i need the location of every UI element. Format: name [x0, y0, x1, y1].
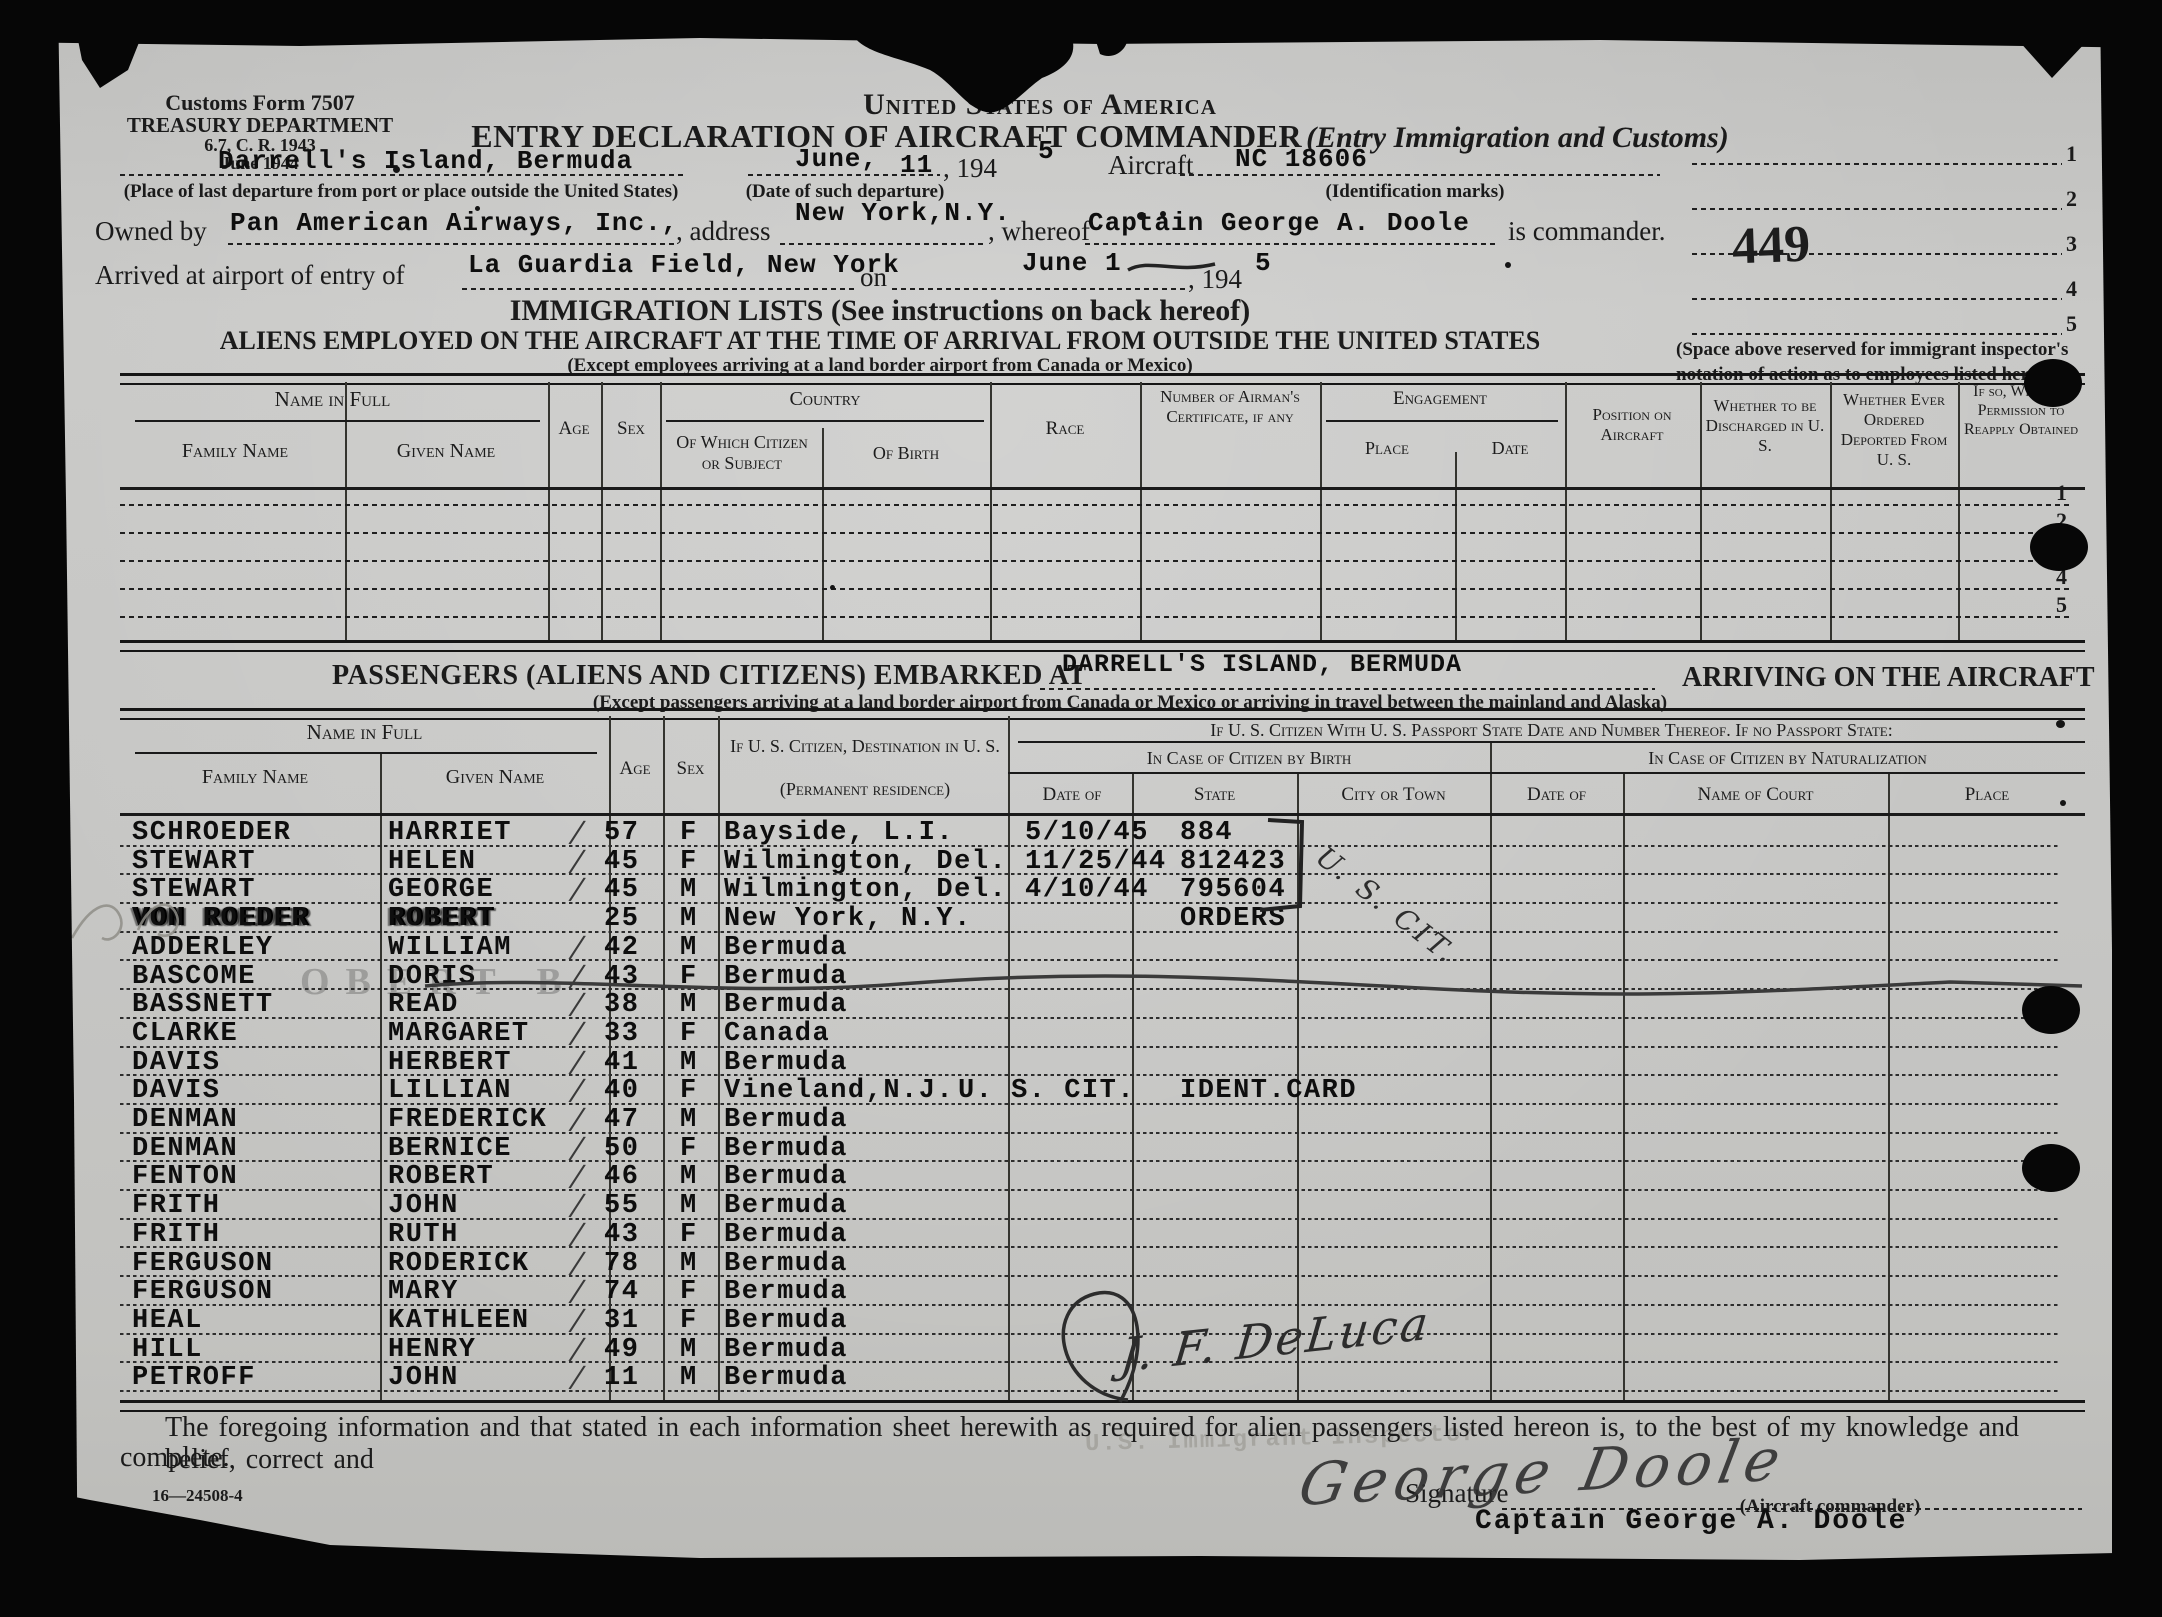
- destination-value: Bermuda: [724, 1250, 848, 1278]
- departure-year-digit: 5: [1038, 136, 1055, 166]
- identification-caption: (Identification marks): [1300, 181, 1530, 203]
- sex-value: F: [680, 1221, 698, 1249]
- age-value: 57: [604, 819, 639, 847]
- family-name-value: DAVIS: [132, 1049, 221, 1077]
- family-name-value: PETROFF: [132, 1364, 256, 1392]
- blank-line: [780, 243, 985, 245]
- ink-speck: [2060, 800, 2066, 806]
- sex-value: F: [680, 1077, 698, 1105]
- age-value: 47: [604, 1106, 639, 1134]
- header-bottom-rule: [120, 487, 2085, 490]
- family-name-value: ADDERLEY: [132, 934, 274, 962]
- col-date-of-birth: Date of: [1012, 784, 1132, 806]
- passenger-row: FERGUSONRODERICK/78MBermuda: [120, 1249, 2070, 1278]
- column-line: [1320, 382, 1322, 641]
- arrived-label: Arrived at airport of entry of: [95, 260, 405, 291]
- family-name-value: FERGUSON: [132, 1250, 274, 1278]
- given-name-value: ROBERT: [388, 905, 494, 933]
- margin-line: [1692, 333, 2062, 335]
- passenger-row: HILLHENRY/49MBermuda: [120, 1335, 2070, 1364]
- alien-empty-row-line: [120, 504, 2070, 506]
- margin-line: [1692, 208, 2062, 210]
- family-name-value: FENTON: [132, 1163, 238, 1191]
- aircraft-label: Aircraft: [1108, 150, 1193, 181]
- ink-speck: [1137, 212, 1146, 220]
- check-mark: /: [571, 1364, 585, 1393]
- family-name-value: FRITH: [132, 1192, 221, 1220]
- col-engagement-date: Date: [1458, 438, 1562, 459]
- passenger-row: CLARKEMARGARET/33FCanada: [120, 1019, 2070, 1048]
- punch-hole: [2030, 523, 2088, 571]
- family-name-value: CLARKE: [132, 1020, 238, 1048]
- given-name-value: HERBERT: [388, 1049, 512, 1077]
- passenger-row: ADDERLEYWILLIAM/42MBermuda: [120, 933, 2070, 962]
- family-name-value: DAVIS: [132, 1077, 221, 1105]
- family-name-value: FRITH: [132, 1221, 221, 1249]
- sex-value: M: [680, 1049, 698, 1077]
- col-sex: Sex: [663, 758, 718, 780]
- passenger-row: FERGUSONMARY/74FBermuda: [120, 1277, 2070, 1306]
- age-value: 31: [604, 1307, 639, 1335]
- age-value: 43: [604, 1221, 639, 1249]
- header-underline: [1008, 772, 2085, 774]
- given-name-value: BERNICE: [388, 1135, 512, 1163]
- destination-value: Bermuda: [724, 1307, 848, 1335]
- sex-value: F: [680, 1278, 698, 1306]
- alien-empty-row-line: [120, 532, 2070, 534]
- sex-value: F: [680, 1020, 698, 1048]
- header-underline: [135, 420, 540, 422]
- given-name-value: JOHN: [388, 1364, 459, 1392]
- column-line: [1700, 382, 1702, 641]
- alien-empty-row-line: [120, 588, 2070, 590]
- departure-place-value: Darrell's Island, Bermuda: [218, 146, 633, 176]
- age-value: 78: [604, 1250, 639, 1278]
- family-name-value: STEWART: [132, 876, 256, 904]
- given-name-value: RODERICK: [388, 1250, 530, 1278]
- passport-number-value: 812423: [1180, 848, 1286, 876]
- address-label: , address: [676, 216, 770, 247]
- on-label: on: [860, 262, 887, 293]
- sex-value: M: [680, 1192, 698, 1220]
- alien-empty-row-line: [120, 616, 2070, 618]
- passenger-row: DENMANBERNICE/50FBermuda: [120, 1134, 2070, 1163]
- check-mark: /: [571, 876, 585, 905]
- passenger-row: DAVISHERBERT/41MBermuda: [120, 1048, 2070, 1077]
- passport-number-value: 884: [1180, 819, 1233, 847]
- col-destination: If U. S. Citizen, Destination in U. S.: [722, 736, 1008, 757]
- is-commander-label: is commander.: [1508, 216, 1665, 247]
- print-code: 16—24508-4: [152, 1486, 243, 1506]
- commander-value: Captain George A. Doole: [1088, 208, 1470, 238]
- given-name-value: HENRY: [388, 1336, 477, 1364]
- margin-line-number: 1: [2066, 141, 2077, 167]
- sex-value: M: [680, 876, 698, 904]
- sex-value: M: [680, 905, 698, 933]
- passport-date-value: 11/25/44: [1025, 848, 1167, 876]
- col-family-name: Family Name: [130, 440, 340, 464]
- column-line: [822, 428, 824, 641]
- given-name-value: MARY: [388, 1278, 459, 1306]
- family-name-value: VON ROEDER: [132, 905, 309, 933]
- whereof-label: , whereof: [988, 216, 1090, 247]
- destination-value: Bermuda: [724, 1221, 848, 1249]
- given-name-value: JOHN: [388, 1192, 459, 1220]
- country-title: United States of America: [760, 88, 1320, 122]
- header-bottom-rule: [120, 813, 2085, 816]
- blank-line: [120, 174, 685, 176]
- family-name-value: DENMAN: [132, 1106, 238, 1134]
- passenger-row: PETROFFJOHN/11MBermuda: [120, 1363, 2070, 1392]
- header-underline: [666, 420, 984, 422]
- sex-value: M: [680, 1163, 698, 1191]
- sex-value: M: [680, 1250, 698, 1278]
- passenger-row: HEALKATHLEEN/31FBermuda: [120, 1306, 2070, 1335]
- passport-number-value: ORDERS: [1180, 905, 1286, 933]
- arrival-year-digit: 5: [1255, 248, 1272, 278]
- owner-value: Pan American Airways, Inc.,: [230, 208, 678, 238]
- col-name-in-full: Name in Full: [120, 720, 609, 745]
- alien-row-number: 5: [2056, 592, 2067, 618]
- place-caption: (Place of last departure from port or pl…: [118, 181, 684, 203]
- given-name-value: READ: [388, 991, 459, 1019]
- destination-value: Bermuda: [724, 1163, 848, 1191]
- passenger-row: FRITHJOHN/55MBermuda: [120, 1191, 2070, 1220]
- commander-typed-name: Captain George A. Doole: [1475, 1506, 1907, 1537]
- given-name-value: HELEN: [388, 848, 477, 876]
- passenger-row: BASCOMEDORIS/43FBermuda: [120, 962, 2070, 991]
- header-underline: [1326, 420, 1558, 422]
- margin-line-number: 3: [2066, 231, 2077, 257]
- age-value: 74: [604, 1278, 639, 1306]
- embarked-at-value: DARRELL'S ISLAND, BERMUDA: [1062, 650, 1462, 679]
- aliens-subheading: ALIENS EMPLOYED ON THE AIRCRAFT AT THE T…: [60, 326, 1700, 356]
- destination-value: Bermuda: [724, 1364, 848, 1392]
- destination-value: Wilmington, Del.: [724, 876, 1007, 904]
- age-value: 41: [604, 1049, 639, 1077]
- passenger-row: DENMANFREDERICK/47MBermuda: [120, 1105, 2070, 1134]
- age-value: 55: [604, 1192, 639, 1220]
- destination-value: Bermuda: [724, 1106, 848, 1134]
- destination-value: Bermuda: [724, 963, 848, 991]
- col-given-name: Given Name: [390, 766, 600, 790]
- header-underline: [1018, 741, 2085, 743]
- passport-number-value: 795604: [1180, 876, 1286, 904]
- family-name-value: HEAL: [132, 1307, 203, 1335]
- statement-line2: complete.: [120, 1442, 230, 1474]
- address-value: New York,N.Y.: [795, 198, 1011, 228]
- sex-value: F: [680, 848, 698, 876]
- given-name-value: MARGARET: [388, 1020, 530, 1048]
- given-name-value: DORIS: [388, 963, 477, 991]
- aircraft-value: NC 18606: [1235, 144, 1368, 174]
- destination-value: Bermuda: [724, 934, 848, 962]
- column-line: [1455, 452, 1457, 641]
- given-name-value: RUTH: [388, 1221, 459, 1249]
- family-name-value: FERGUSON: [132, 1278, 274, 1306]
- destination-value: Canada: [724, 1020, 830, 1048]
- age-value: 38: [604, 991, 639, 1019]
- given-name-value: FREDERICK: [388, 1106, 547, 1134]
- blank-line: [228, 243, 674, 245]
- col-position: Position on Aircraft: [1568, 405, 1696, 445]
- passport-date-value: 4/10/44: [1025, 876, 1149, 904]
- destination-value: Bermuda: [724, 991, 848, 1019]
- col-date-of-nat: Date of: [1494, 784, 1619, 806]
- given-name-value: ROBERT: [388, 1163, 494, 1191]
- col-passport-header: If U. S. Citizen With U. S. Passport Sta…: [1018, 720, 2085, 741]
- destination-value: Vineland,N.J.: [724, 1077, 954, 1105]
- age-value: 50: [604, 1135, 639, 1163]
- punch-hole: [2022, 1144, 2080, 1192]
- punch-hole: [2024, 359, 2082, 407]
- table-rule: [120, 708, 2085, 720]
- scanned-document: Customs Form 7507 TREASURY DEPARTMENT 6.…: [0, 0, 2162, 1617]
- col-by-naturalization: In Case of Citizen by Naturalization: [1490, 748, 2085, 769]
- age-value: 45: [604, 848, 639, 876]
- passengers-heading-right: ARRIVING ON THE AIRCRAFT: [1682, 662, 2095, 694]
- sex-value: F: [680, 1307, 698, 1335]
- col-of-birth: Of Birth: [826, 443, 986, 464]
- sex-value: M: [680, 1336, 698, 1364]
- form-title-italic: (Entry Immigration and Customs): [1306, 121, 1729, 154]
- col-airman-certificate: Number of Airman's Certificate, if any: [1146, 387, 1314, 427]
- arrival-year-prefix: , 194: [1188, 264, 1242, 295]
- given-name-value: HARRIET: [388, 819, 512, 847]
- immigration-heading: IMMIGRATION LISTS (See instructions on b…: [120, 294, 1640, 328]
- blank-line: [1180, 174, 1660, 176]
- col-engagement: Engagement: [1320, 388, 1560, 410]
- departure-month-value: June,: [795, 144, 878, 174]
- sex-value: F: [680, 963, 698, 991]
- col-state: State: [1136, 784, 1293, 806]
- col-race: Race: [990, 418, 1140, 440]
- passenger-row: DAVISLILLIAN/40FVineland,N.J.U. S. CIT.I…: [120, 1076, 2070, 1105]
- column-line: [1565, 382, 1567, 641]
- col-age: Age: [546, 418, 602, 440]
- margin-line-number: 4: [2066, 276, 2077, 302]
- age-value: 46: [604, 1163, 639, 1191]
- us-cit-note: U. S. CIT.: [958, 1077, 1135, 1105]
- col-name-in-full: Name in Full: [120, 387, 545, 412]
- passenger-row: VON ROEDERROBERT25MNew York, N.Y.ORDERS: [120, 904, 2070, 933]
- sex-value: F: [680, 819, 698, 847]
- age-value: 11: [604, 1364, 639, 1392]
- age-value: 43: [604, 963, 639, 991]
- given-name-value: WILLIAM: [388, 934, 512, 962]
- sex-value: M: [680, 991, 698, 1019]
- year-prefix: , 194: [943, 153, 997, 184]
- punch-hole: [2022, 986, 2080, 1034]
- ink-speck: [1160, 211, 1166, 217]
- col-name-of-court: Name of Court: [1627, 784, 1884, 806]
- destination-value: Bayside, L.I.: [724, 819, 954, 847]
- given-name-value: GEORGE: [388, 876, 494, 904]
- blank-line: [1085, 243, 1498, 245]
- col-age: Age: [607, 758, 663, 780]
- family-name-value: BASSNETT: [132, 991, 274, 1019]
- margin-line: [1692, 163, 2062, 165]
- sex-value: M: [680, 1106, 698, 1134]
- margin-line: [1692, 253, 2062, 255]
- alien-empty-row-line: [120, 560, 2070, 562]
- alien-row-number: 1: [2056, 480, 2067, 506]
- passenger-rows: SCHROEDERHARRIET/57FBayside, L.I.5/10/45…: [120, 818, 2070, 1393]
- sex-value: F: [680, 1135, 698, 1163]
- age-value: 45: [604, 876, 639, 904]
- margin-line-number: 5: [2066, 311, 2077, 337]
- destination-value: Bermuda: [724, 1278, 848, 1306]
- sex-value: M: [680, 1364, 698, 1392]
- passenger-row: STEWARTHELEN/45FWilmington, Del.11/25/44…: [120, 847, 2070, 876]
- passenger-row: SCHROEDERHARRIET/57FBayside, L.I.5/10/45…: [120, 818, 2070, 847]
- statement-line1: The foregoing information and that state…: [165, 1412, 2090, 1476]
- blank-line: [1040, 688, 1655, 690]
- margin-line-number: 2: [2066, 186, 2077, 212]
- col-country: Country: [660, 388, 990, 412]
- arrival-date-handwritten: June 1: [1022, 248, 1122, 278]
- given-name-value: KATHLEEN: [388, 1307, 530, 1335]
- sex-value: M: [680, 934, 698, 962]
- passport-number-value: IDENT.CARD: [1180, 1077, 1357, 1105]
- column-line: [1140, 382, 1142, 641]
- passenger-row: STEWARTGEORGE/45MWilmington, Del.4/10/44…: [120, 875, 2070, 904]
- col-by-birth: In Case of Citizen by Birth: [1008, 748, 1490, 769]
- family-name-value: HILL: [132, 1336, 203, 1364]
- age-value: 33: [604, 1020, 639, 1048]
- table-rule: [120, 373, 2085, 385]
- ink-speck: [830, 585, 835, 590]
- given-name-value: LILLIAN: [388, 1077, 512, 1105]
- airport-value: La Guardia Field, New York: [468, 250, 900, 280]
- age-value: 49: [604, 1336, 639, 1364]
- column-line: [1830, 382, 1832, 641]
- col-given-name: Given Name: [348, 440, 544, 464]
- margin-line: [1692, 298, 2062, 300]
- destination-value: Bermuda: [724, 1192, 848, 1220]
- ink-speck: [475, 206, 480, 211]
- col-destination-sub: (Permanent residence): [722, 779, 1008, 800]
- family-name-value: DENMAN: [132, 1135, 238, 1163]
- passport-date-value: 5/10/45: [1025, 819, 1149, 847]
- passenger-row: BASSNETTREAD/38MBermuda: [120, 990, 2070, 1019]
- form-title-line: ENTRY DECLARATION OF AIRCRAFT COMMANDER …: [470, 118, 1730, 155]
- passenger-row: FENTONROBERT/46MBermuda: [120, 1162, 2070, 1191]
- col-city-or-town: City or Town: [1301, 784, 1486, 806]
- col-engagement-place: Place: [1324, 438, 1450, 459]
- destination-value: Wilmington, Del.: [724, 848, 1007, 876]
- owned-by-label: Owned by: [95, 216, 207, 247]
- age-value: 42: [604, 934, 639, 962]
- age-value: 40: [604, 1077, 639, 1105]
- blank-line: [892, 288, 1185, 290]
- ink-speck: [1505, 262, 1511, 268]
- passenger-row: FRITHRUTH/43FBermuda: [120, 1220, 2070, 1249]
- family-name-value: STEWART: [132, 848, 256, 876]
- age-value: 25: [604, 905, 639, 933]
- col-sex: Sex: [601, 418, 661, 440]
- ink-speck: [393, 166, 400, 173]
- header-underline: [135, 752, 597, 754]
- destination-value: Bermuda: [724, 1049, 848, 1077]
- blank-line: [462, 288, 855, 290]
- col-discharged: Whether to be Discharged in U. S.: [1703, 396, 1827, 456]
- col-citizen-of: Of Which Citizen or Subject: [666, 432, 818, 474]
- destination-value: Bermuda: [724, 1336, 848, 1364]
- blank-line: [748, 174, 940, 176]
- inspector-number-handwritten: 449: [1731, 215, 1811, 277]
- destination-value: Bermuda: [724, 1135, 848, 1163]
- destination-value: New York, N.Y.: [724, 905, 972, 933]
- table-rule: [120, 1400, 2085, 1412]
- col-family-name: Family Name: [140, 766, 370, 790]
- col-deported: Whether Ever Ordered Deported From U. S.: [1833, 390, 1955, 470]
- col-place: Place: [1892, 784, 2082, 806]
- family-name-value: BASCOME: [132, 963, 256, 991]
- ink-speck: [2056, 720, 2065, 728]
- family-name-value: SCHROEDER: [132, 819, 291, 847]
- passengers-heading-left: PASSENGERS (ALIENS AND CITIZENS) EMBARKE…: [332, 660, 1087, 692]
